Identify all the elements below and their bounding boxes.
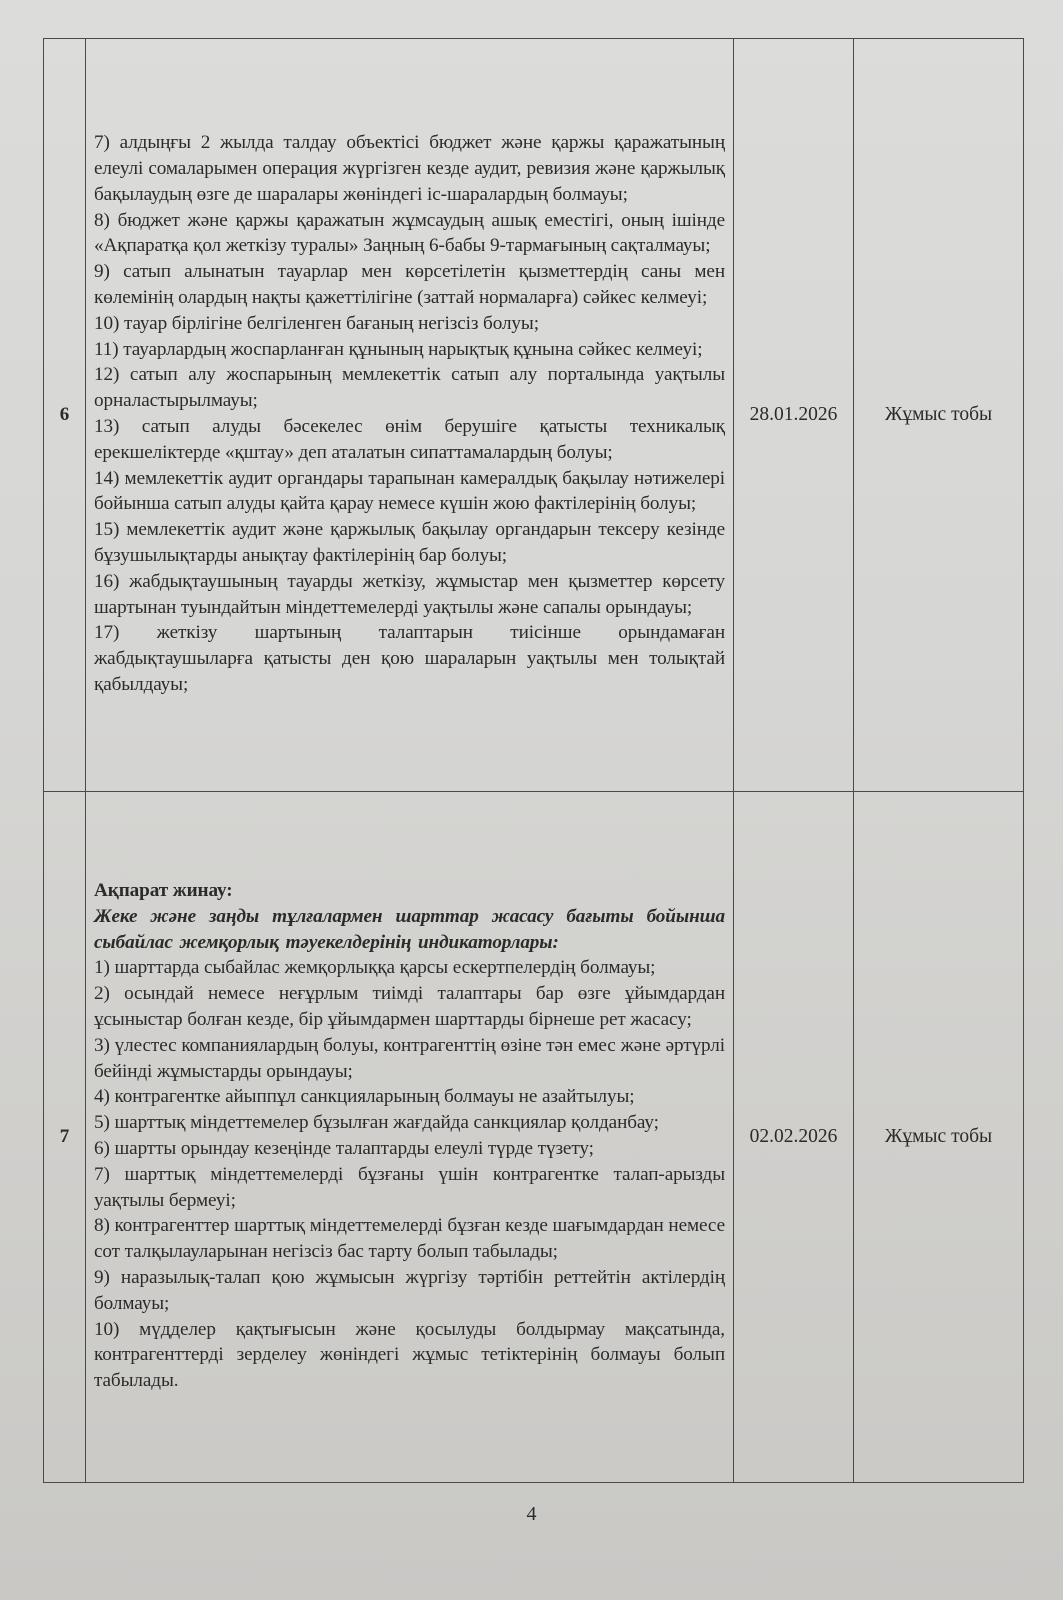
indicator-item: 4) контрагентке айыппұл санкцияларының б… xyxy=(94,1084,725,1110)
indicator-item: 17) жеткізу шартының талаптарын тиісінше… xyxy=(94,620,725,697)
indicator-item: 13) сатып алуды бәсекелес өнім берушіге … xyxy=(94,414,725,466)
row-number: 6 xyxy=(44,39,86,792)
indicator-item: 12) сатып алу жоспарының мемлекеттік сат… xyxy=(94,362,725,414)
indicator-item: 7) шарттық міндеттемелерді бұзғаны үшін … xyxy=(94,1162,725,1214)
indicator-item: 6) шартты орындау кезеңінде талаптарды е… xyxy=(94,1136,725,1162)
indicator-item: 3) үлестес компаниялардың болуы, контраг… xyxy=(94,1033,725,1085)
row-description: 7) алдыңғы 2 жылда талдау объектісі бюдж… xyxy=(86,39,734,792)
indicator-item: 15) мемлекеттік аудит және қаржылық бақы… xyxy=(94,517,725,569)
document-page: 6 7) алдыңғы 2 жылда талдау объектісі бю… xyxy=(0,0,1063,1600)
indicator-item: 10) тауар бірлігіне белгіленген бағаның … xyxy=(94,311,725,337)
indicator-item: 11) тауарлардың жоспарланған құнының нар… xyxy=(94,337,725,363)
due-date: 28.01.2026 xyxy=(734,39,854,792)
indicator-list: 7) алдыңғы 2 жылда талдау объектісі бюдж… xyxy=(94,130,725,698)
indicator-item: 2) осындай немесе неғұрлым тиімді талапт… xyxy=(94,981,725,1033)
indicator-item: 7) алдыңғы 2 жылда талдау объектісі бюдж… xyxy=(94,130,725,207)
section-heading: Ақпарат жинау: xyxy=(94,878,725,904)
indicator-item: 9) сатып алынатын тауарлар мен көрсетіле… xyxy=(94,259,725,311)
indicator-item: 8) контрагенттер шарттық міндеттемелерді… xyxy=(94,1213,725,1265)
indicator-item: 5) шарттық міндеттемелер бұзылған жағдай… xyxy=(94,1110,725,1136)
responsible-party: Жұмыс тобы xyxy=(854,39,1024,792)
table-row: 7 Ақпарат жинау: Жеке және заңды тұлғала… xyxy=(44,792,1024,1483)
indicator-item: 9) наразылық-талап қою жұмысын жүргізу т… xyxy=(94,1265,725,1317)
responsible-party: Жұмыс тобы xyxy=(854,792,1024,1483)
indicator-item: 14) мемлекеттік аудит органдары тарапына… xyxy=(94,466,725,518)
action-plan-table: 6 7) алдыңғы 2 жылда талдау объектісі бю… xyxy=(43,38,1024,1483)
section-subheading: Жеке және заңды тұлғалармен шарттар жаса… xyxy=(94,904,725,956)
indicator-item: 10) мүдделер қақтығысын және қосылуды бо… xyxy=(94,1317,725,1394)
indicator-item: 16) жабдықтаушының тауарды жеткізу, жұмы… xyxy=(94,569,725,621)
indicator-item: 8) бюджет және қаржы қаражатын жұмсаудың… xyxy=(94,208,725,260)
indicator-list: 1) шарттарда сыбайлас жемқорлыққа қарсы … xyxy=(94,955,725,1394)
indicator-item: 1) шарттарда сыбайлас жемқорлыққа қарсы … xyxy=(94,955,725,981)
row-description: Ақпарат жинау: Жеке және заңды тұлғаларм… xyxy=(86,792,734,1483)
page-number: 4 xyxy=(0,1503,1063,1526)
row-number: 7 xyxy=(44,792,86,1483)
table-row: 6 7) алдыңғы 2 жылда талдау объектісі бю… xyxy=(44,39,1024,792)
due-date: 02.02.2026 xyxy=(734,792,854,1483)
